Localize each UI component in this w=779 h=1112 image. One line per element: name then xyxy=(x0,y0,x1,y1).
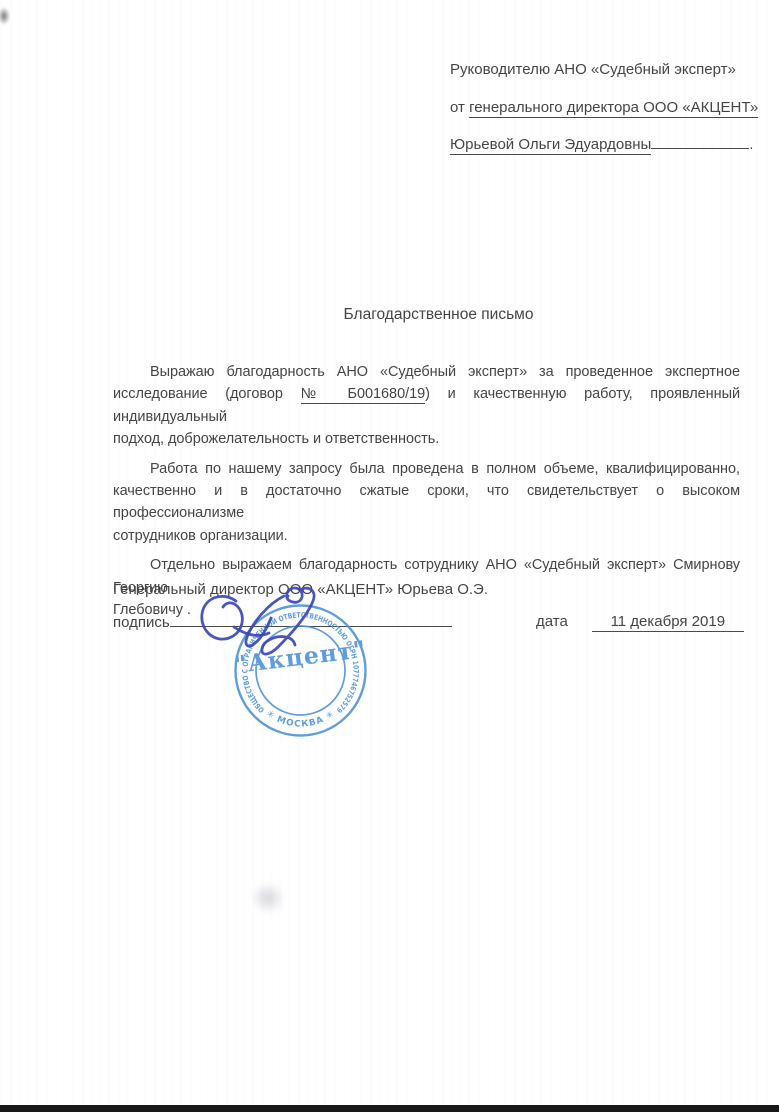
letter-page: Руководителю АНО «Судебный эксперт» от г… xyxy=(0,0,779,1112)
text-segment: качественно и в достаточно сжатые сроки,… xyxy=(113,483,740,521)
stamp-bottom-text: ✳ МОСКВА ✳ xyxy=(264,709,337,730)
date-row: дата11 декабря 2019 xyxy=(536,613,744,632)
body-line: сотрудников организации. xyxy=(113,525,740,547)
date-label: дата xyxy=(536,613,568,630)
svg-text:✳ МОСКВА ✳: ✳ МОСКВА ✳ xyxy=(264,709,337,730)
text-segment: сотрудников организации. xyxy=(113,528,288,544)
date-value: 11 декабря 2019 xyxy=(592,613,744,632)
signature-stroke xyxy=(246,596,284,646)
text-segment: подход, доброжелательность и ответственн… xyxy=(113,431,439,447)
text-segment: Работа по нашему запросу была проведена … xyxy=(150,461,740,477)
body-line: исследование (договор № Б001680/19) и ка… xyxy=(113,383,740,428)
recipient-line-3: Юрьевой Ольги Эдуардовны. xyxy=(450,126,758,164)
body-line: Выражаю благодарность АНО «Судебный эксп… xyxy=(113,361,740,383)
underlined-text: № Б001680/19 xyxy=(301,386,426,404)
handwritten-signature xyxy=(190,583,335,675)
paragraph: Работа по нашему запросу была проведена … xyxy=(113,458,740,548)
recipient-blank-line xyxy=(651,135,749,149)
signature-stroke xyxy=(202,596,243,639)
paragraph: Выражаю благодарность АНО «Судебный эксп… xyxy=(113,361,740,451)
recipient-line-2-prefix: от xyxy=(450,99,469,116)
recipient-block: Руководителю АНО «Судебный эксперт» от г… xyxy=(450,51,758,164)
recipient-line-2: от генерального директора ООО «АКЦЕНТ» xyxy=(450,89,758,127)
ink-smudge xyxy=(244,876,292,920)
recipient-line-3-suffix: . xyxy=(749,136,753,153)
signature-label: подпись xyxy=(113,614,170,631)
corner-smudge xyxy=(0,7,10,25)
body-line: подход, доброжелательность и ответственн… xyxy=(113,428,740,450)
letter-title: Благодарственное письмо xyxy=(125,306,752,324)
recipient-line-2-underlined: генерального директора ООО «АКЦЕНТ» xyxy=(469,99,758,118)
text-segment: исследование (договор xyxy=(113,386,301,402)
text-segment: Выражаю благодарность АНО «Судебный эксп… xyxy=(150,364,740,380)
recipient-line-1: Руководителю АНО «Судебный эксперт» xyxy=(450,51,758,89)
recipient-line-3-underlined: Юрьевой Ольги Эдуардовны xyxy=(450,136,651,155)
scan-edge-bar xyxy=(0,1105,779,1112)
body-line: Работа по нашему запросу была проведена … xyxy=(113,458,740,480)
body-line: качественно и в достаточно сжатые сроки,… xyxy=(113,480,740,525)
